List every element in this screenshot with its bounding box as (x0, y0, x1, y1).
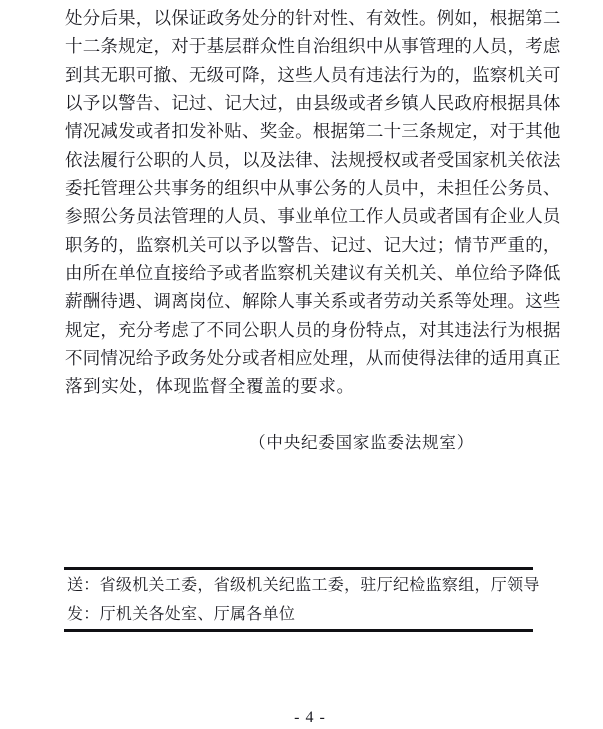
body-text-line: 情况减发或者扣发补贴、奖金。根据第二十三条规定，对于其他 (65, 117, 550, 145)
distribution-block: 送：省级机关工委，省级机关纪监工委，驻厅纪检监察组，厅领导 发：厅机关各处室、厅… (64, 567, 533, 632)
body-text-line: 参照公务员法管理的人员、事业单位工作人员或者国有企业人员 (65, 202, 550, 230)
body-paragraph: 处分后果，以保证政务处分的针对性、有效性。例如，根据第二 十二条规定，对于基层群… (65, 4, 550, 401)
attribution-line: （中央纪委国家监委法规室） (65, 429, 550, 457)
body-text-line: 不同情况给予政务处分或者相应处理，从而使得法律的适用真正 (65, 344, 550, 372)
body-text-line: 薪酬待遇、调离岗位、解除人事关系或者劳动关系等处理。这些 (65, 287, 550, 315)
body-text-line: 规定，充分考虑了不同公职人员的身份特点，对其违法行为根据 (65, 316, 550, 344)
body-text-line: 委托管理公共事务的组织中从事公务的人员中，未担任公务员、 (65, 174, 550, 202)
document-page: 处分后果，以保证政务处分的针对性、有效性。例如，根据第二 十二条规定，对于基层群… (0, 0, 603, 729)
body-text-line: 依法履行公职的人员，以及法律、法规授权或者受国家机关依法 (65, 146, 550, 174)
body-text-line: 以予以警告、记过、记大过，由县级或者乡镇人民政府根据具体 (65, 89, 550, 117)
body-text-line: 职务的，监察机关可以予以警告、记过、记大过；情节严重的， (65, 231, 550, 259)
body-text-line: 处分后果，以保证政务处分的针对性、有效性。例如，根据第二 (65, 4, 550, 32)
distribution-send-line: 送：省级机关工委，省级机关纪监工委，驻厅纪检监察组，厅领导 (67, 572, 533, 601)
distribution-issue-line: 发：厅机关各处室、厅属各单位 (67, 601, 533, 630)
body-text-line: 十二条规定，对于基层群众性自治组织中从事管理的人员，考虑 (65, 32, 550, 60)
body-text-line: 由所在单位直接给予或者监察机关建议有关机关、单位给予降低 (65, 259, 550, 287)
body-text-line: 落到实处，体现监督全覆盖的要求。 (65, 372, 550, 400)
body-text-line: 到其无职可撤、无级可降，这些人员有违法行为的，监察机关可 (65, 61, 550, 89)
page-number: - 4 - (65, 709, 555, 727)
